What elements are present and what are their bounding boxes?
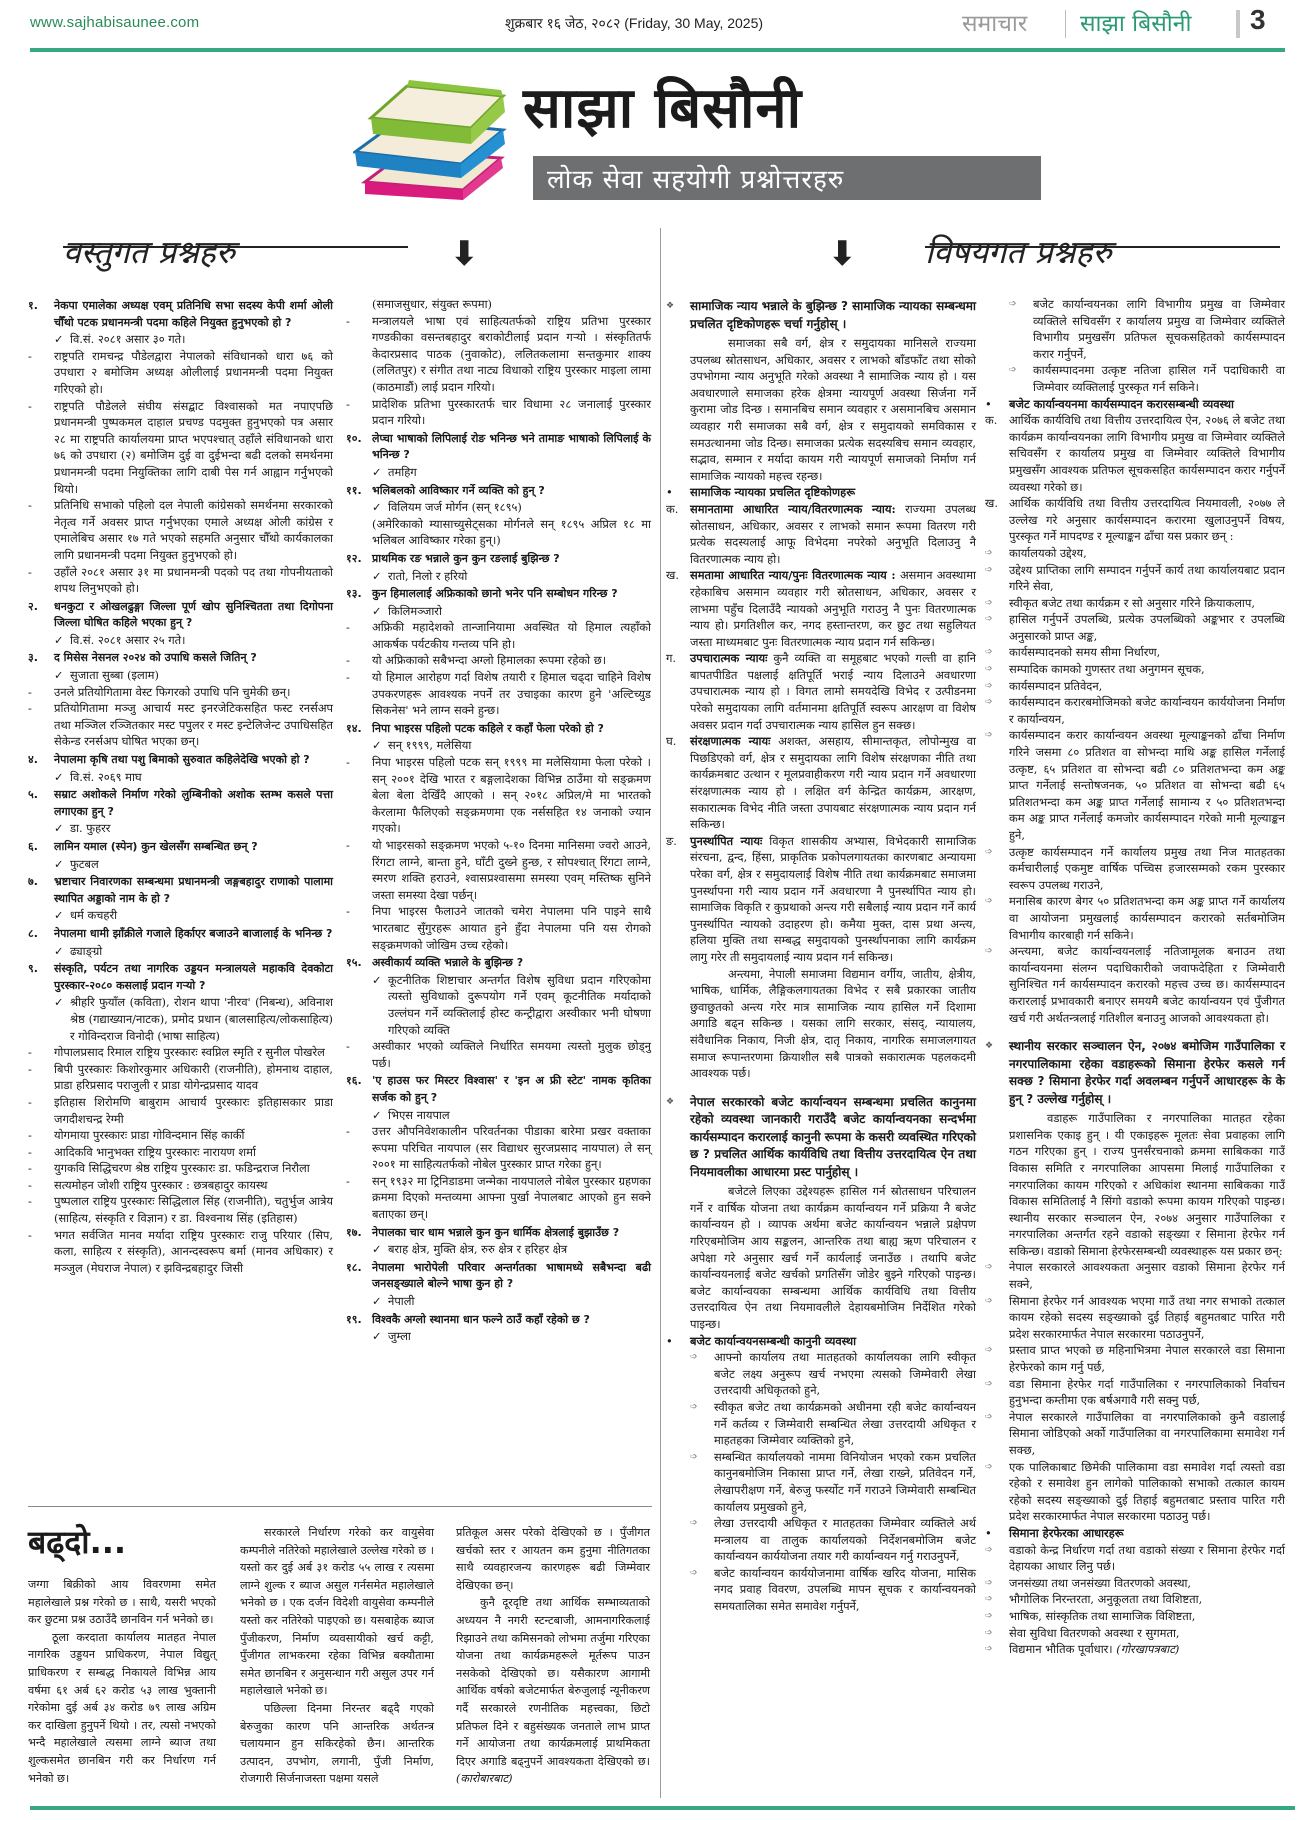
check-icon: ✓ bbox=[54, 907, 70, 924]
check-icon: ✓ bbox=[54, 331, 70, 348]
question-number: १४. bbox=[346, 721, 372, 738]
answer-note: (अमेरिकाको म्यासाच्युसेट्सका मोर्गनले सन… bbox=[346, 516, 651, 549]
article-source: (गोरखापत्रबाट) bbox=[1116, 1642, 1179, 1656]
subjective-column-1: ❖सामाजिक न्याय भन्नाले के बुझिन्छ ? सामा… bbox=[666, 296, 976, 1615]
objective-column-2: (समाजसुधार, संयुक्त रूपमा) -मन्त्रालयले … bbox=[346, 296, 651, 1345]
arrow-bullet-icon: ➩ bbox=[985, 595, 1009, 612]
question: १६.'ए हाउस फर मिस्टर विश्वास' र 'इन अ फ्… bbox=[346, 1073, 651, 1106]
note-text: बिपी पुरस्कारः किशोरकुमार अधिकारी (राजनी… bbox=[54, 1061, 333, 1094]
question-number: ८. bbox=[28, 926, 54, 943]
list-item-text: कार्यसम्पादनमा उत्कृष्ट नतिजा हासिल गर्न… bbox=[1033, 362, 1285, 395]
lettered-item: ख.आर्थिक कार्यविधि तथा वित्तीय उत्तरदायि… bbox=[985, 495, 1285, 545]
answer-text: जुम्ला bbox=[388, 1328, 651, 1345]
answer: ✓वि.सं. २०८१ असार ३० गते। bbox=[28, 331, 333, 348]
check-icon: ✓ bbox=[54, 994, 70, 1044]
question-number: ४. bbox=[28, 752, 54, 769]
list-item: ➩आफ्नो कार्यालय तथा मातहतको कार्यालयका ल… bbox=[666, 1349, 976, 1399]
check-icon: ✓ bbox=[54, 856, 70, 873]
subheading: •बजेट कार्यान्वयनसम्बन्धी कानुनी व्यवस्थ… bbox=[666, 1333, 976, 1350]
note-text: प्रादेशिक प्रतिभा पुरस्कारतर्फ चार विधाम… bbox=[372, 396, 651, 429]
question: २.धनकुटा र ओखलढुङ्गा जिल्ला पूर्ण खोप सु… bbox=[28, 599, 333, 632]
answer-text: कूटनीतिक शिष्टाचार अन्तर्गत विशेष सुविधा… bbox=[388, 972, 651, 1038]
arrow-bullet-icon: ➩ bbox=[985, 1376, 1009, 1409]
note-text: उत्तर औपनिवेशकालीन परिवर्तनका पीडाका बार… bbox=[372, 1123, 651, 1173]
list-item-text: स्वीकृत बजेट तथा कार्यक्रमको अधीनमा रही … bbox=[714, 1399, 976, 1449]
list-item-text: हासिल गर्नुपर्ने उपलब्धि, प्रत्येक उपलब्… bbox=[1009, 611, 1285, 644]
answer-note: -आदिकवि भानुभक्त राष्ट्रिय पुरस्कारः नार… bbox=[28, 1144, 333, 1161]
answer-text: किलिमञ्जारो bbox=[388, 603, 651, 620]
list-item-text: उद्देश्य प्राप्तिका लागि सम्पादन गर्नुपर… bbox=[1009, 562, 1285, 595]
article-source: (कारोबारबाट) bbox=[456, 1772, 512, 1785]
lettered-item: क.समानतामा आधारित न्याय/वितरणात्मक न्याय… bbox=[666, 501, 976, 567]
item-letter: घ. bbox=[666, 733, 690, 833]
arrow-bullet-icon: ➩ bbox=[985, 545, 1009, 562]
dash-icon: - bbox=[346, 652, 372, 669]
list-item-text: बजेट कार्यान्वयन कार्ययोजनामा वार्षिक खर… bbox=[714, 1565, 976, 1615]
arrow-bullet-icon: ➩ bbox=[985, 1542, 1009, 1575]
note-text: निपा भाइरस फैलाउने जातको चमेरा नेपालमा प… bbox=[372, 903, 651, 953]
site-url[interactable]: www.sajhabisaunee.com bbox=[30, 14, 199, 31]
note-text: योगमाया पुरस्कारः प्राडा गोविन्दमान सिंह… bbox=[54, 1127, 333, 1144]
list-item-text: सम्पादिक कामको गुणस्तर तथा अनुगमन सूचक, bbox=[1009, 661, 1285, 678]
answer-text: रातो, निलो र हरियो bbox=[388, 568, 651, 585]
article-paragraph: ठूला करदाता कार्यालय मातहत नेपाल नागरिक … bbox=[28, 1629, 216, 1787]
list-item: ➩सम्बन्धित कार्यालयको नाममा विनियोजन भएक… bbox=[666, 1449, 976, 1515]
answer-text: डा. फुहरर bbox=[70, 820, 333, 837]
list-item: ➩कार्यसम्पादन प्रतिवेदन, bbox=[985, 678, 1285, 695]
check-icon: ✓ bbox=[372, 972, 388, 1038]
dash-icon: - bbox=[28, 684, 54, 701]
masthead-title: साझा बिसौनी bbox=[523, 68, 802, 144]
list-item-text: वडा सिमाना हेरफेर गर्दा गाउँपालिका र नगर… bbox=[1009, 1376, 1285, 1409]
list-item: ➩अन्त्यमा, बजेट कार्यान्वयनलाई नतिजामूलक… bbox=[985, 943, 1285, 1026]
item-letter: ग. bbox=[666, 650, 690, 733]
answer: ✓फुटबल bbox=[28, 856, 333, 873]
question-number: ७. bbox=[28, 874, 54, 907]
item-letter: ङ. bbox=[666, 833, 690, 966]
article-paragraph: सरकारले निर्धारण गरेको कर वायुसेवा कम्पन… bbox=[240, 1524, 434, 1700]
question-text: नेकपा एमालेका अध्यक्ष एवम् प्रतिनिधि सभा… bbox=[54, 298, 333, 331]
answer-note: -उनले प्रतियोगितामा वेस्ट फिगरको उपाधि प… bbox=[28, 684, 333, 701]
list-item-text: मनासिब कारण बेगर ५० प्रतिशतभन्दा कम अङ्क… bbox=[1009, 893, 1285, 943]
arrow-bullet-icon: ➩ bbox=[985, 1625, 1009, 1642]
page-number: 3 bbox=[1250, 4, 1266, 36]
dash-icon: - bbox=[28, 1127, 54, 1144]
list-item: ➩बजेट कार्यान्वयन कार्ययोजनामा वार्षिक ख… bbox=[666, 1565, 976, 1615]
check-icon: ✓ bbox=[372, 1328, 388, 1345]
question: १५.अस्वीकार्य व्यक्ति भन्नाले के बुझिन्छ… bbox=[346, 955, 651, 972]
answer: ✓किलिमञ्जारो bbox=[346, 603, 651, 620]
bullet-icon: • bbox=[985, 396, 1009, 413]
list-item: ➩सिमाना हेरफेर गर्न आवश्यक भएमा गाउँ तथा… bbox=[985, 1293, 1285, 1343]
dash-icon: - bbox=[28, 564, 54, 597]
subheading-text: बजेट कार्यान्वयनमा कार्यसम्पादन करारसम्ब… bbox=[1009, 396, 1285, 413]
note-text: भगत सर्वजित मानव मर्यादा राष्ट्रिय पुरस्… bbox=[54, 1227, 333, 1277]
diamond-bullet-icon: ❖ bbox=[666, 1094, 690, 1182]
subjective-question: ❖सामाजिक न्याय भन्नाले के बुझिन्छ ? सामा… bbox=[666, 298, 976, 333]
question-number: ११. bbox=[346, 483, 372, 500]
item-text: अशक्त, असहाय, सीमान्तकृत, लोपोन्मुख वा प… bbox=[690, 734, 976, 831]
bullet-icon: • bbox=[666, 1333, 690, 1350]
diamond-bullet-icon: ❖ bbox=[666, 298, 690, 333]
answer: ✓नेपाली bbox=[346, 1293, 651, 1310]
question-number: १७. bbox=[346, 1225, 372, 1242]
question-number: ३. bbox=[28, 650, 54, 667]
answer: ✓तमहिग bbox=[346, 464, 651, 481]
list-item: ➩उत्कृष्ट कार्यसम्पादन गर्ने कार्यालय प्… bbox=[985, 844, 1285, 894]
question: १२.प्राथमिक रङ भन्नाले कुन कुन रङलाई बुझ… bbox=[346, 551, 651, 568]
question-number: १२. bbox=[346, 551, 372, 568]
dash-icon: - bbox=[346, 837, 372, 903]
question: १९.विश्वकै अग्लो स्थानमा धान फल्ने ठाउँ … bbox=[346, 1312, 651, 1329]
answer: ✓धर्म कचहरी bbox=[28, 907, 333, 924]
dash-icon: - bbox=[28, 497, 54, 563]
list-item: ➩कार्यसम्पादन करार कार्यान्वयन अवस्था मू… bbox=[985, 727, 1285, 843]
arrow-bullet-icon: ➩ bbox=[690, 1399, 714, 1449]
list-item: ➩स्वीकृत बजेट तथा कार्यक्रम र सो अनुसार … bbox=[985, 595, 1285, 612]
answer-note: -यो अफ्रिकाको सबैभन्दा अग्लो हिमालका रूप… bbox=[346, 652, 651, 669]
note-text: प्रतियोगितामा मञ्जु आचार्य मस्ट इनरजेटिक… bbox=[54, 700, 333, 750]
list-item-text: वडाको केन्द्र निर्धारण गर्दा तथा वडाको स… bbox=[1009, 1542, 1285, 1575]
list-item-text: बजेट कार्यान्वयनका लागि विभागीय प्रमुख व… bbox=[1033, 296, 1285, 362]
arrow-bullet-icon: ➩ bbox=[985, 644, 1009, 661]
answer-note: -इतिहास शिरोमणि बाबुराम आचार्य पुरस्कारः… bbox=[28, 1094, 333, 1127]
answer-note: -निपा भाइरस पहिलो पटक सन् १९९९ मा मलेसिय… bbox=[346, 754, 651, 837]
dash-icon: - bbox=[28, 398, 54, 498]
answer-note: -मन्त्रालयले भाषा एवं साहित्यतर्फको राष्… bbox=[346, 313, 651, 396]
note-text: मन्त्रालयले भाषा एवं साहित्यतर्फको राष्ट… bbox=[372, 313, 651, 396]
question: १३.कुन हिमाललाई अफ्रिकाको छानो भनेर पनि … bbox=[346, 586, 651, 603]
question-number: १९. bbox=[346, 1312, 372, 1329]
list-item: ➩जनसंख्या तथा जनसंख्या वितरणको अवस्था, bbox=[985, 1575, 1285, 1592]
list-item: ➩एक पालिकाबाट छिमेकी पालिकामा वडा समावेश… bbox=[985, 1459, 1285, 1525]
item-letter: क. bbox=[666, 501, 690, 567]
list-item: ➩सेवा सुविधा वितरणको अवस्था र सुगमता, bbox=[985, 1625, 1285, 1642]
check-icon: ✓ bbox=[372, 464, 388, 481]
answer-paragraph: बजेटले लिएका उद्देश्यहरू हासिल गर्न स्रो… bbox=[666, 1183, 976, 1332]
article-divider bbox=[28, 1506, 652, 1507]
article-column-1: जग्गा बिक्रीको आय विवरणमा समेत महालेखाले… bbox=[28, 1576, 216, 1787]
note-text: अस्वीकार भएको व्यक्तिले निर्धारित समयमा … bbox=[372, 1038, 651, 1071]
answer-text: वि.सं. २०६९ माघ bbox=[70, 769, 333, 786]
list-item-text: नेपाल सरकारले आवश्यकता अनुसार वडाको सिमा… bbox=[1009, 1259, 1285, 1292]
item-lead: संरक्षणात्मक न्यायः bbox=[690, 734, 770, 748]
question-text: प्राथमिक रङ भन्नाले कुन कुन रङलाई बुझिन्… bbox=[372, 551, 651, 568]
note-text: उनले प्रतियोगितामा वेस्ट फिगरको उपाधि पन… bbox=[54, 684, 333, 701]
answer-note: -योगमाया पुरस्कारः प्राडा गोविन्दमान सिं… bbox=[28, 1127, 333, 1144]
question-text: अस्वीकार्य व्यक्ति भन्नाले के बुझिन्छ ? bbox=[372, 955, 651, 972]
list-item: ➩हासिल गर्नुपर्ने उपलब्धि, प्रत्येक उपलब… bbox=[985, 611, 1285, 644]
list-item: ➩बजेट कार्यान्वयनका लागि विभागीय प्रमुख … bbox=[985, 296, 1285, 362]
subheading-text: सामाजिक न्यायका प्रचलित दृष्टिकोणहरू bbox=[690, 484, 976, 501]
item-text: विकृत शासकीय अभ्यास, विभेदकारी सामाजिक स… bbox=[690, 834, 976, 964]
arrow-bullet-icon: ➩ bbox=[1009, 296, 1033, 362]
objective-questions-heading: वस्तुगत प्रश्नहरु bbox=[63, 230, 235, 273]
note-text: गोपालप्रसाद रिमाल राष्ट्रिय पुरस्कारः स्… bbox=[54, 1044, 333, 1061]
question-number: ५. bbox=[28, 787, 54, 820]
subjective-question: ❖स्थानीय सरकार सञ्चालन ऐन, २०७४ बमोजिम ग… bbox=[985, 1038, 1285, 1108]
question: १०.लेप्चा भाषाको लिपिलाई रोङ भनिन्छ भने … bbox=[346, 431, 651, 464]
check-icon: ✓ bbox=[372, 1241, 388, 1258]
answer-text: विलियम जर्ज मोर्गन (सन् १८९५) bbox=[388, 499, 651, 516]
answer: ✓जुम्ला bbox=[346, 1328, 651, 1345]
arrow-bullet-icon: ➩ bbox=[985, 1641, 1009, 1658]
list-item: ➩वडाको केन्द्र निर्धारण गर्दा तथा वडाको … bbox=[985, 1542, 1285, 1575]
answer-text: सन् १९९९, मलेसिया bbox=[388, 737, 651, 754]
list-item-text: एक पालिकाबाट छिमेकी पालिकामा वडा समावेश … bbox=[1009, 1459, 1285, 1525]
dash-icon: - bbox=[28, 1227, 54, 1277]
arrow-bullet-icon: ➩ bbox=[985, 1259, 1009, 1292]
answer-text: वि.सं. २०८१ असार २५ गते। bbox=[70, 632, 333, 649]
header-rule bbox=[30, 48, 1285, 52]
question-text: स्थानीय सरकार सञ्चालन ऐन, २०७४ बमोजिम गा… bbox=[1009, 1038, 1285, 1108]
subheading: •सामाजिक न्यायका प्रचलित दृष्टिकोणहरू bbox=[666, 484, 976, 501]
note-text: अफ्रिकी महादेशको तान्जानियामा अवस्थित यो… bbox=[372, 619, 651, 652]
dash-icon: - bbox=[28, 1061, 54, 1094]
question-text: विश्वकै अग्लो स्थानमा धान फल्ने ठाउँ कहा… bbox=[372, 1312, 651, 1329]
answer-paragraph: अन्त्यमा, नेपाली समाजमा विद्यमान वर्गीय,… bbox=[666, 966, 976, 1082]
answer: ✓वि.सं. २०८१ असार २५ गते। bbox=[28, 632, 333, 649]
article-column-3: प्रतिकूल असर परेको देखिएको छ । पुँजीगत ख… bbox=[456, 1524, 650, 1788]
question-text: भ्रष्टाचार निवारणका सम्बन्धमा प्रधानमन्त… bbox=[54, 874, 333, 907]
answer: ✓कूटनीतिक शिष्टाचार अन्तर्गत विशेष सुविध… bbox=[346, 972, 651, 1038]
arrow-bullet-icon: ➩ bbox=[690, 1449, 714, 1515]
masthead-subtitle-banner: लोक सेवा सहयोगी प्रश्नोत्तरहरु bbox=[533, 156, 1041, 200]
article-paragraph: कुनै दूरदृष्टि तथा आर्थिक सम्भाव्यताको अ… bbox=[456, 1596, 650, 1767]
question-number: १०. bbox=[346, 431, 372, 464]
lettered-item: क.आर्थिक कार्यविधि तथा वित्तीय उत्तरदायि… bbox=[985, 412, 1285, 495]
dash-icon: - bbox=[346, 1038, 372, 1071]
answer-note: -प्रादेशिक प्रतिभा पुरस्कारतर्फ चार विधा… bbox=[346, 396, 651, 429]
answer-note: -राष्ट्रपति रामचन्द्र पौडेलद्वारा नेपालक… bbox=[28, 348, 333, 398]
diamond-bullet-icon: ❖ bbox=[985, 1038, 1009, 1108]
question: १४.निपा भाइरस पहिलो पटक कहिले र कहाँ फेल… bbox=[346, 721, 651, 738]
list-item: ➩मनासिब कारण बेगर ५० प्रतिशतभन्दा कम अङ्… bbox=[985, 893, 1285, 943]
answer: ✓भिएस नायपाल bbox=[346, 1107, 651, 1124]
note-text: इतिहास शिरोमणि बाबुराम आचार्य पुरस्कारः … bbox=[54, 1094, 333, 1127]
bullet-icon: • bbox=[666, 484, 690, 501]
question-text: संस्कृति, पर्यटन तथा नागरिक उड्डयन मन्त्… bbox=[54, 961, 333, 994]
item-letter: ख. bbox=[666, 567, 690, 650]
list-item: ➩सम्पादिक कामको गुणस्तर तथा अनुगमन सूचक, bbox=[985, 661, 1285, 678]
list-item-text: अन्त्यमा, बजेट कार्यान्वयनलाई नतिजामूलक … bbox=[1009, 943, 1285, 1026]
answer-text: भिएस नायपाल bbox=[388, 1107, 651, 1124]
dash-icon: - bbox=[346, 1123, 372, 1173]
answer-note: -सन् १९३२ मा ट्रिनिडाडमा जन्मेका नायपालल… bbox=[346, 1173, 651, 1223]
arrow-bullet-icon: ➩ bbox=[690, 1349, 714, 1399]
question-text: भलिबलको आविष्कार गर्ने व्यक्ति को हुन् ? bbox=[372, 483, 651, 500]
arrow-bullet-icon: ➩ bbox=[985, 1575, 1009, 1592]
check-icon: ✓ bbox=[54, 943, 70, 960]
books-stack-icon bbox=[353, 70, 523, 200]
question-number: ९. bbox=[28, 961, 54, 994]
list-item-text: स्वीकृत बजेट तथा कार्यक्रम र सो अनुसार ग… bbox=[1009, 595, 1285, 612]
question-number: १३. bbox=[346, 586, 372, 603]
check-icon: ✓ bbox=[372, 603, 388, 620]
list-item: ➩विद्यमान भौतिक पूर्वाधार। (गोरखापत्रबाट… bbox=[985, 1641, 1285, 1658]
answer-text: ढ्याङ्ग्रो bbox=[70, 943, 333, 960]
subheading: •सिमाना हेरफेरका आधारहरू bbox=[985, 1525, 1285, 1542]
item-letter: ख. bbox=[985, 495, 1009, 545]
masthead: साझा बिसौनी लोक सेवा सहयोगी प्रश्नोत्तरह… bbox=[345, 60, 1045, 200]
subheading-text: सिमाना हेरफेरका आधारहरू bbox=[1009, 1525, 1285, 1542]
list-item: ➩स्वीकृत बजेट तथा कार्यक्रमको अधीनमा रही… bbox=[666, 1399, 976, 1449]
question: ६.लामिन यमाल (स्पेन) कुन खेलसँग सम्बन्धि… bbox=[28, 839, 333, 856]
arrow-bullet-icon: ➩ bbox=[985, 1459, 1009, 1525]
continued-text: (समाजसुधार, संयुक्त रूपमा) bbox=[346, 296, 651, 313]
question-text: निपा भाइरस पहिलो पटक कहिले र कहाँ फेला प… bbox=[372, 721, 651, 738]
list-item-text: सिमाना हेरफेर गर्न आवश्यक भएमा गाउँ तथा … bbox=[1009, 1293, 1285, 1343]
dash-icon: - bbox=[28, 348, 54, 398]
list-item-text: कार्यसम्पादनको समय सीमा निर्धारण, bbox=[1009, 644, 1285, 661]
check-icon: ✓ bbox=[54, 632, 70, 649]
list-item: ➩कार्यसम्पादनको समय सीमा निर्धारण, bbox=[985, 644, 1285, 661]
article-column-2: सरकारले निर्धारण गरेको कर वायुसेवा कम्पन… bbox=[240, 1524, 434, 1788]
answer: ✓वि.सं. २०६९ माघ bbox=[28, 769, 333, 786]
question: ४.नेपालमा कृषि तथा पशु बिमाको सुरुवात कह… bbox=[28, 752, 333, 769]
objective-column-1: १.नेकपा एमालेका अध्यक्ष एवम् प्रतिनिधि स… bbox=[28, 296, 333, 1276]
note-text: सत्यमोहन जोशी राष्ट्रिय पुरस्कार : छत्रब… bbox=[54, 1177, 333, 1194]
question: १७.नेपालका चार धाम भन्नाले कुन कुन धार्म… bbox=[346, 1225, 651, 1242]
list-item: ➩भाषिक, सांस्कृतिक तथा सामाजिक विशिष्टता… bbox=[985, 1608, 1285, 1625]
answer: ✓विलियम जर्ज मोर्गन (सन् १८९५) bbox=[346, 499, 651, 516]
answer-note: -अफ्रिकी महादेशको तान्जानियामा अवस्थित य… bbox=[346, 619, 651, 652]
list-item: ➩कार्यसम्पादन करारबमोजिमको बजेट कार्यान्… bbox=[985, 694, 1285, 727]
note-text: राष्ट्रपति पौडेलले संघीय संसद्बाट विश्वा… bbox=[54, 398, 333, 498]
list-item-text: भाषिक, सांस्कृतिक तथा सामाजिक विशिष्टता, bbox=[1009, 1608, 1285, 1625]
list-item-text: सेवा सुविधा वितरणको अवस्था र सुगमता, bbox=[1009, 1625, 1285, 1642]
list-item-text: प्रस्ताव प्राप्त भएको छ महिनाभित्रमा नेप… bbox=[1009, 1342, 1285, 1375]
arrow-bullet-icon: ➩ bbox=[985, 727, 1009, 843]
subjective-column-2: ➩बजेट कार्यान्वयनका लागि विभागीय प्रमुख … bbox=[985, 296, 1285, 1658]
list-item: ➩नेपाल सरकारले गाउँपालिका वा नगरपालिकाको… bbox=[985, 1409, 1285, 1459]
question: १.नेकपा एमालेका अध्यक्ष एवम् प्रतिनिधि स… bbox=[28, 298, 333, 331]
list-item: ➩उद्देश्य प्राप्तिका लागि सम्पादन गर्नुप… bbox=[985, 562, 1285, 595]
note-text: प्रतिनिधि सभाको पहिलो दल नेपाली कांग्रेस… bbox=[54, 497, 333, 563]
issue-date: शुक्रबार १६ जेठ, २०८२ (Friday, 30 May, 2… bbox=[505, 14, 763, 33]
page-number-divider bbox=[1236, 10, 1240, 38]
arrow-bullet-icon: ➩ bbox=[985, 694, 1009, 727]
answer-note: -राष्ट्रपति पौडेलले संघीय संसद्बाट विश्व… bbox=[28, 398, 333, 498]
check-icon: ✓ bbox=[54, 667, 70, 684]
answer-note: -उत्तर औपनिवेशकालीन परिवर्तनका पीडाका बा… bbox=[346, 1123, 651, 1173]
list-item-text: आफ्नो कार्यालय तथा मातहतको कार्यालयका ला… bbox=[714, 1349, 976, 1399]
note-text: युगकवि सिद्धिचरण श्रेष्ठ राष्ट्रिय पुरस्… bbox=[54, 1160, 333, 1177]
dash-icon: - bbox=[346, 903, 372, 953]
dash-icon: - bbox=[346, 396, 372, 429]
dash-icon: - bbox=[346, 313, 372, 396]
arrow-bullet-icon: ➩ bbox=[985, 1409, 1009, 1459]
list-item-text: कार्यसम्पादन प्रतिवेदन, bbox=[1009, 678, 1285, 695]
question-text: नेपाल सरकारको बजेट कार्यान्वयन सम्बन्धमा… bbox=[690, 1094, 976, 1182]
arrow-bullet-icon: ➩ bbox=[985, 1293, 1009, 1343]
arrow-bullet-icon: ➩ bbox=[985, 1342, 1009, 1375]
arrow-bullet-icon: ➩ bbox=[985, 893, 1009, 943]
arrow-bullet-icon: ➩ bbox=[985, 678, 1009, 695]
answer: ✓श्रीहरि फुयाँल (कविता), रोशन थापा 'नीरव… bbox=[28, 994, 333, 1044]
list-item: ➩प्रस्ताव प्राप्त भएको छ महिनाभित्रमा ने… bbox=[985, 1342, 1285, 1375]
footer-rule bbox=[30, 1806, 1295, 1810]
answer-note: -प्रतिनिधि सभाको पहिलो दल नेपाली कांग्रे… bbox=[28, 497, 333, 563]
arrow-bullet-icon: ➩ bbox=[690, 1515, 714, 1565]
lettered-item: ग.उपचारात्मक न्यायः कुनै व्यक्ति वा समूह… bbox=[666, 650, 976, 733]
arrow-bullet-icon: ➩ bbox=[1009, 362, 1033, 395]
arrow-bullet-icon: ➩ bbox=[985, 661, 1009, 678]
list-item-text: कार्यसम्पादन करारबमोजिमको बजेट कार्यान्व… bbox=[1009, 694, 1285, 727]
question-number: २. bbox=[28, 599, 54, 632]
lettered-item: घ.संरक्षणात्मक न्यायः अशक्त, असहाय, सीमा… bbox=[666, 733, 976, 833]
answer-note: -बिपी पुरस्कारः किशोरकुमार अधिकारी (राजन… bbox=[28, 1061, 333, 1094]
arrow-bullet-icon: ➩ bbox=[985, 1591, 1009, 1608]
arrow-bullet-icon: ➩ bbox=[690, 1565, 714, 1615]
answer: ✓डा. फुहरर bbox=[28, 820, 333, 837]
dash-icon: - bbox=[28, 1144, 54, 1161]
item-text: आर्थिक कार्यविधि तथा वित्तीय उत्तरदायित्… bbox=[1009, 495, 1285, 545]
arrow-bullet-icon: ➩ bbox=[985, 1608, 1009, 1625]
note-text: यो हिमाल आरोहण गर्दा विशेष तयारी र हिमाल… bbox=[372, 669, 651, 719]
note-text: यो भाइरसको सङ्क्रमण भएको ५-१० दिनमा मानि… bbox=[372, 837, 651, 903]
list-item: ➩कार्यालयको उद्देश्य, bbox=[985, 545, 1285, 562]
article-paragraph: पछिल्ला दिनमा निरन्तर बढ्दै गएको बेरुजुक… bbox=[240, 1700, 434, 1788]
question: १८.नेपालमा भारोपेली परिवार अन्तर्गतका भा… bbox=[346, 1260, 651, 1293]
check-icon: ✓ bbox=[372, 568, 388, 585]
question: ३.द मिसेस नेसनल २०२४ को उपाधि कसले जितिन… bbox=[28, 650, 333, 667]
note-text: आदिकवि भानुभक्त राष्ट्रिय पुरस्कारः नारा… bbox=[54, 1144, 333, 1161]
brand-label: साझा बिसौनी bbox=[1080, 6, 1191, 38]
answer: ✓बराह क्षेत्र, मुक्ति क्षेत्र, रुरु क्षे… bbox=[346, 1241, 651, 1258]
question-text: लेप्चा भाषाको लिपिलाई रोङ भनिन्छ भने ताम… bbox=[372, 431, 651, 464]
question: ५.सम्राट अशोकले निर्माण गरेको लुम्बिनीको… bbox=[28, 787, 333, 820]
page-header: www.sajhabisaunee.com शुक्रबार १६ जेठ, २… bbox=[0, 0, 1300, 50]
note-text: सन् १९३२ मा ट्रिनिडाडमा जन्मेका नायपालले… bbox=[372, 1173, 651, 1223]
arrow-bullet-icon: ➩ bbox=[985, 844, 1009, 894]
lettered-item: ख.समतामा आधारित न्याय/पुनः वितरणात्मक न्… bbox=[666, 567, 976, 650]
dash-icon: - bbox=[28, 1160, 54, 1177]
answer-note: -यो हिमाल आरोहण गर्दा विशेष तयारी र हिमा… bbox=[346, 669, 651, 719]
down-arrow-icon: ⬇ bbox=[828, 234, 857, 274]
question: ११.भलिबलको आविष्कार गर्ने व्यक्ति को हुन… bbox=[346, 483, 651, 500]
answer-note: -पुष्पलाल राष्ट्रिय पुरस्कारः सिद्धिलाल … bbox=[28, 1193, 333, 1226]
list-item-text: भौगोलिक निरन्तरता, अनुकूलता तथा विशिष्टत… bbox=[1009, 1591, 1285, 1608]
question-text: नेपालमा भारोपेली परिवार अन्तर्गतका भाषाम… bbox=[372, 1260, 651, 1293]
question-number: १. bbox=[28, 298, 54, 331]
item-letter: क. bbox=[985, 412, 1009, 495]
list-item: ➩वडा सिमाना हेरफेर गर्दा गाउँपालिका र नग… bbox=[985, 1376, 1285, 1409]
item-lead: समानतामा आधारित न्याय/वितरणात्मक न्याय: bbox=[690, 502, 896, 516]
note-text: निपा भाइरस पहिलो पटक सन् १९९९ मा मलेसिया… bbox=[372, 754, 651, 837]
lettered-item: ङ.पुनर्स्थापित न्यायः विकृत शासकीय अभ्या… bbox=[666, 833, 976, 966]
item-lead: उपचारात्मक न्यायः bbox=[690, 651, 767, 665]
note-text: यो अफ्रिकाको सबैभन्दा अग्लो हिमालका रूपम… bbox=[372, 652, 651, 669]
list-item-text: कार्यसम्पादन करार कार्यान्वयन अवस्था मूल… bbox=[1009, 727, 1285, 843]
item-lead: समतामा आधारित न्याय/पुनः वितरणात्मक न्या… bbox=[690, 568, 896, 582]
list-item-text: लेखा उत्तरदायी अधिकृत र मातहतका जिम्मेवा… bbox=[714, 1515, 976, 1565]
answer-text: श्रीहरि फुयाँल (कविता), रोशन थापा 'नीरव'… bbox=[70, 994, 333, 1044]
bullet-icon: • bbox=[985, 1525, 1009, 1542]
list-item: ➩भौगोलिक निरन्तरता, अनुकूलता तथा विशिष्ट… bbox=[985, 1591, 1285, 1608]
question-text: 'ए हाउस फर मिस्टर विश्वास' र 'इन अ फ्री … bbox=[372, 1073, 651, 1106]
answer-text: तमहिग bbox=[388, 464, 651, 481]
answer-note: -प्रतियोगितामा मञ्जु आचार्य मस्ट इनरजेटि… bbox=[28, 700, 333, 750]
list-item: ➩कार्यसम्पादनमा उत्कृष्ट नतिजा हासिल गर्… bbox=[985, 362, 1285, 395]
dash-icon: - bbox=[28, 1193, 54, 1226]
check-icon: ✓ bbox=[372, 1293, 388, 1310]
section-label: समाचार bbox=[962, 6, 1027, 38]
question-number: १६. bbox=[346, 1073, 372, 1106]
check-icon: ✓ bbox=[54, 820, 70, 837]
dash-icon: - bbox=[28, 700, 54, 750]
answer-text: धर्म कचहरी bbox=[70, 907, 333, 924]
